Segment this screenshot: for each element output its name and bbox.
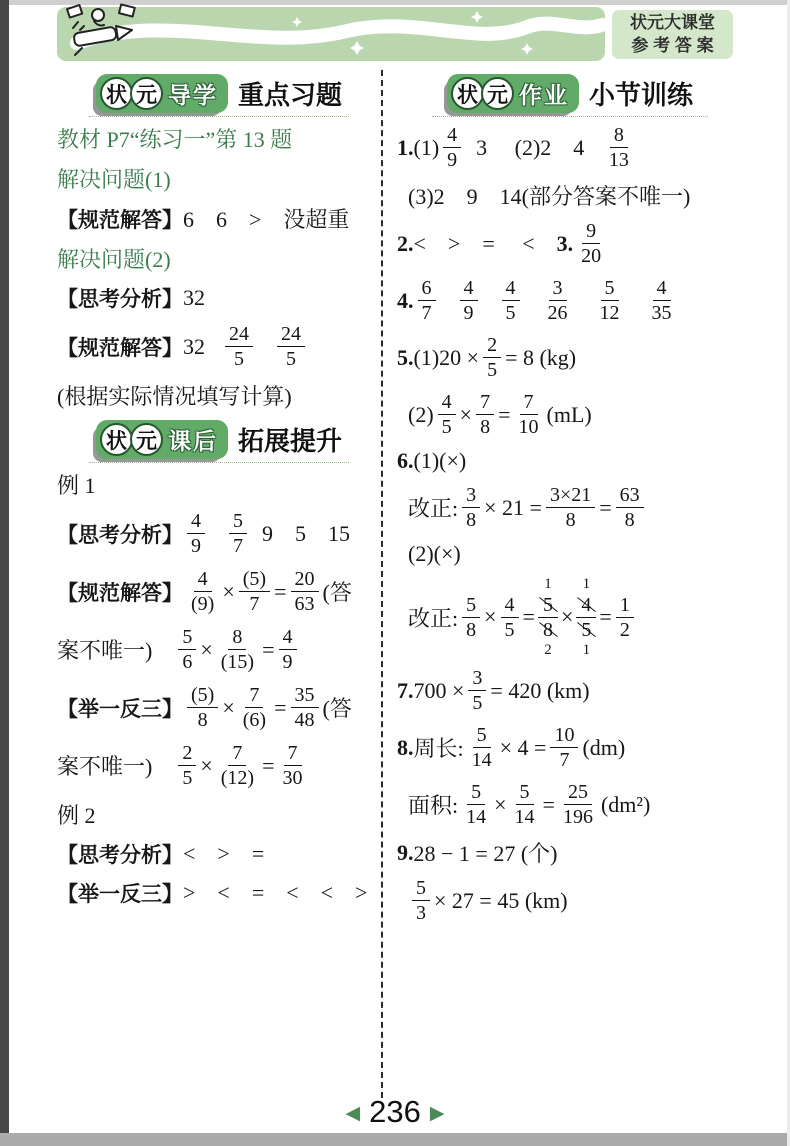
content-line: 9.28 − 1 = 27 (个) bbox=[397, 837, 743, 868]
content-line: 4.674945326512435 bbox=[397, 276, 743, 325]
text: 2. bbox=[397, 231, 414, 257]
text: × bbox=[222, 695, 234, 721]
text: 32 bbox=[183, 285, 205, 311]
footer: ◀236▶ bbox=[0, 1094, 790, 1130]
fraction: 3548 bbox=[291, 683, 319, 732]
fraction: 67 bbox=[418, 276, 436, 325]
fraction: (5)7 bbox=[239, 567, 270, 616]
banner-title-line1: 状元大课堂 bbox=[630, 12, 715, 35]
text: = bbox=[274, 579, 286, 605]
fraction: 49 bbox=[460, 276, 478, 325]
text: (1)20 × bbox=[414, 345, 480, 371]
cancelled-fraction: 1451 bbox=[576, 576, 596, 658]
fraction: 514 bbox=[511, 780, 539, 829]
section-header-kehou: 状 元 课后 拓展提升 bbox=[57, 420, 381, 459]
text: = bbox=[262, 637, 274, 663]
section-header-daoxue: 状 元 导学 重点习题 bbox=[57, 74, 381, 113]
text: 面积: bbox=[397, 789, 458, 820]
fraction: 512 bbox=[596, 276, 624, 325]
content-line: (2)45×78=710(mL) bbox=[397, 390, 743, 439]
badge-circle-zhuang: 状 bbox=[100, 77, 133, 110]
text: 【规范解答】 bbox=[57, 332, 183, 362]
text: 32 bbox=[183, 334, 205, 360]
content-line: 教材 P7“练习一”第 13 题 bbox=[57, 123, 381, 154]
text: = bbox=[599, 604, 611, 630]
fraction: 730 bbox=[279, 741, 307, 790]
zhuangyuan-badge: 状 元 课后 bbox=[96, 420, 228, 459]
zhuangyuan-badge: 状 元 作业 bbox=[447, 74, 579, 113]
fraction: 920 bbox=[577, 219, 605, 268]
content-line: 【规范解答】32245245 bbox=[57, 322, 381, 371]
badge-word: 导学 bbox=[168, 77, 218, 110]
text: 7. bbox=[397, 678, 414, 704]
text: (2)(×) bbox=[397, 541, 461, 567]
text: 例 1 bbox=[57, 469, 96, 500]
text: (dm) bbox=[582, 735, 625, 761]
fraction: (5)8 bbox=[187, 683, 218, 732]
text: 例 2 bbox=[57, 799, 96, 830]
fraction: 25 bbox=[483, 333, 501, 382]
left-lines-bottom: 例 1【思考分析】4957 9 5 15【规范解答】4(9)×(5)7=2063… bbox=[57, 469, 381, 908]
zhuangyuan-badge: 状 元 导学 bbox=[96, 74, 228, 113]
content-line: 【思考分析】32 bbox=[57, 283, 381, 313]
left-column: 状 元 导学 重点习题 教材 P7“练习一”第 13 题解决问题(1)【规范解答… bbox=[9, 66, 381, 1098]
text: = bbox=[262, 753, 274, 779]
fraction: 514 bbox=[462, 780, 490, 829]
text: (3)2 9 14(部分答案不唯一) bbox=[397, 180, 690, 211]
content-line: 7.700 ×35= 420 (km) bbox=[397, 666, 743, 715]
content-line: (2)(×) bbox=[397, 540, 743, 568]
text: 改正: bbox=[397, 492, 458, 523]
section-header-zuoye: 状 元 作业 小节训练 bbox=[397, 74, 743, 113]
text: = bbox=[274, 695, 286, 721]
banner-title-line2: 参 考 答 案 bbox=[631, 35, 713, 58]
content-line: 【举一反三】(5)8×7(6)=3548(答 bbox=[57, 683, 381, 732]
content-line: 解决问题(1) bbox=[57, 163, 381, 194]
text: × bbox=[200, 753, 212, 779]
cancelled-fraction: 1582 bbox=[538, 576, 558, 658]
text: 6. bbox=[397, 448, 414, 474]
text: 【思考分析】 bbox=[57, 519, 183, 549]
fraction: 38 bbox=[462, 483, 480, 532]
text: < > = bbox=[183, 841, 264, 867]
fraction: 25196 bbox=[559, 780, 597, 829]
text: 【思考分析】 bbox=[57, 283, 183, 313]
text: = bbox=[498, 402, 510, 428]
text: > < = < < > bbox=[183, 880, 367, 906]
fraction: 35 bbox=[468, 666, 486, 715]
text: = bbox=[523, 604, 535, 630]
fraction: 58 bbox=[462, 593, 480, 642]
content-line: 53× 27 = 45 (km) bbox=[397, 876, 743, 925]
text: 4. bbox=[397, 288, 414, 314]
pencil-rocket-icon bbox=[62, 2, 146, 60]
fraction: 245 bbox=[225, 322, 253, 371]
fraction: 638 bbox=[616, 483, 644, 532]
fraction: 57 bbox=[229, 509, 247, 558]
text: 1. bbox=[397, 135, 414, 161]
badge-circle-yuan: 元 bbox=[130, 423, 163, 456]
fraction: 2063 bbox=[291, 567, 319, 616]
text: × 21 = bbox=[484, 495, 542, 521]
content-line: 案不唯一) 56×8(15)=49 bbox=[57, 625, 381, 674]
text: × 27 = 45 (km) bbox=[434, 888, 568, 914]
text: (根据实际情况填写计算) bbox=[57, 380, 292, 411]
text: (1) bbox=[414, 135, 440, 161]
text: = bbox=[543, 792, 555, 818]
text: 3 (2)2 4 bbox=[465, 135, 601, 161]
text: < > = < bbox=[414, 231, 557, 257]
left-lines-top: 教材 P7“练习一”第 13 题解决问题(1)【规范解答】6 6 > 没超重解决… bbox=[57, 123, 381, 411]
fraction: 12 bbox=[616, 593, 634, 642]
badge-word: 课后 bbox=[168, 423, 218, 456]
text: 【规范解答】 bbox=[57, 577, 183, 607]
text: = bbox=[599, 495, 611, 521]
fraction: 245 bbox=[277, 322, 305, 371]
text: 【思考分析】 bbox=[57, 839, 183, 869]
answer-page: 状元大课堂 参 考 答 案 状 元 导学 重点习题 教材 P7“练习一”第 13… bbox=[0, 0, 790, 1146]
content-line: 改正:38× 21 =3×218=638 bbox=[397, 483, 743, 532]
next-page-icon: ▶ bbox=[430, 1103, 445, 1124]
text: = 420 (km) bbox=[490, 678, 589, 704]
content-line: 案不唯一) 25×7(12)=730 bbox=[57, 741, 381, 790]
content-line: 解决问题(2) bbox=[57, 243, 381, 274]
fraction: 107 bbox=[550, 723, 578, 772]
fraction: 514 bbox=[468, 723, 496, 772]
fraction: 7(12) bbox=[217, 741, 258, 790]
right-lines: 1.(1)49 3 (2)2 4 813 (3)2 9 14(部分答案不唯一)2… bbox=[397, 123, 743, 925]
fraction: 4(9) bbox=[187, 567, 218, 616]
text: 9 5 15 bbox=[251, 521, 350, 547]
content-line: 面积:514×514=25196(dm²) bbox=[397, 780, 743, 829]
text: 案不唯一) bbox=[57, 750, 174, 781]
fraction: 3×218 bbox=[546, 483, 595, 532]
text: 8. bbox=[397, 735, 414, 761]
text: × 4 = bbox=[500, 735, 547, 761]
fraction: 45 bbox=[501, 593, 519, 642]
text: × bbox=[494, 792, 506, 818]
text: 教材 P7“练习一”第 13 题 bbox=[57, 123, 292, 154]
banner-title-box: 状元大课堂 参 考 答 案 bbox=[612, 10, 733, 59]
fraction: 78 bbox=[476, 390, 494, 439]
text: × bbox=[561, 604, 573, 630]
content-line: 1.(1)49 3 (2)2 4 813 bbox=[397, 123, 743, 172]
text: 周长: bbox=[414, 732, 464, 763]
content-line: (根据实际情况填写计算) bbox=[57, 380, 381, 411]
fraction: 56 bbox=[178, 625, 196, 674]
badge-circle-yuan: 元 bbox=[481, 77, 514, 110]
content-line: 2.< > = < 3.920 bbox=[397, 219, 743, 268]
content-line: 【规范解答】6 6 > 没超重 bbox=[57, 203, 381, 234]
fraction: 49 bbox=[279, 625, 297, 674]
fraction: 53 bbox=[412, 876, 430, 925]
text: 9. bbox=[397, 840, 414, 866]
fraction: 49 bbox=[443, 123, 461, 172]
text: × bbox=[460, 402, 472, 428]
text: (dm²) bbox=[601, 792, 650, 818]
prev-page-icon: ◀ bbox=[346, 1103, 361, 1124]
fraction: 49 bbox=[187, 509, 205, 558]
text: 3. bbox=[557, 231, 574, 257]
text: 6 6 > 没超重 bbox=[183, 203, 349, 234]
content-line: 【思考分析】4957 9 5 15 bbox=[57, 509, 381, 558]
content-line: 【思考分析】< > = bbox=[57, 839, 381, 869]
text: 改正: bbox=[397, 602, 458, 633]
content-line: 6.(1)(×) bbox=[397, 447, 743, 475]
content-line: 5.(1)20 ×25= 8 (kg) bbox=[397, 333, 743, 382]
content-line: 【规范解答】4(9)×(5)7=2063(答 bbox=[57, 567, 381, 616]
text: 【规范解答】 bbox=[57, 204, 183, 234]
text: × bbox=[484, 604, 496, 630]
text: 案不唯一) bbox=[57, 634, 174, 665]
badge-word: 作业 bbox=[519, 77, 569, 110]
page-number: 236 bbox=[369, 1094, 421, 1129]
section-title: 拓展提升 bbox=[238, 421, 342, 458]
fraction: 710 bbox=[515, 390, 543, 439]
text: 5. bbox=[397, 345, 414, 371]
content-line: (3)2 9 14(部分答案不唯一) bbox=[397, 180, 743, 211]
content-line: 改正:58×45=1582×1451=12 bbox=[397, 576, 743, 658]
badge-circle-zhuang: 状 bbox=[100, 423, 133, 456]
text: 解决问题(1) bbox=[57, 163, 171, 194]
fraction: 45 bbox=[438, 390, 456, 439]
text: 解决问题(2) bbox=[57, 243, 171, 274]
text: (mL) bbox=[547, 402, 592, 428]
text: 【举一反三】 bbox=[57, 878, 183, 908]
text: × bbox=[222, 579, 234, 605]
fraction: 435 bbox=[648, 276, 676, 325]
text: 28 − 1 = 27 (个) bbox=[414, 837, 558, 868]
right-column: 状 元 作业 小节训练 1.(1)49 3 (2)2 4 813 (3)2 9 … bbox=[383, 66, 787, 1098]
fraction: 45 bbox=[502, 276, 520, 325]
content-line: 例 1 bbox=[57, 469, 381, 500]
text: = 8 (kg) bbox=[505, 345, 576, 371]
content-line: 【举一反三】> < = < < > bbox=[57, 878, 381, 908]
text: 700 × bbox=[414, 678, 465, 704]
text: × bbox=[200, 637, 212, 663]
text: (1)(×) bbox=[414, 448, 467, 474]
text: (答 bbox=[323, 692, 352, 723]
content-line: 8.周长:514× 4 =107(dm) bbox=[397, 723, 743, 772]
page-edge-bottom bbox=[0, 1133, 790, 1146]
content-area: 状 元 导学 重点习题 教材 P7“练习一”第 13 题解决问题(1)【规范解答… bbox=[9, 66, 787, 1098]
text: (2) bbox=[397, 402, 434, 428]
text: 【举一反三】 bbox=[57, 693, 183, 723]
page-edge-left bbox=[0, 0, 9, 1146]
badge-circle-yuan: 元 bbox=[130, 77, 163, 110]
fraction: 25 bbox=[178, 741, 196, 790]
content-line: 例 2 bbox=[57, 799, 381, 830]
section-title: 重点习题 bbox=[238, 75, 342, 112]
fraction: 813 bbox=[605, 123, 633, 172]
text bbox=[397, 888, 408, 914]
fraction: 8(15) bbox=[217, 625, 258, 674]
text: (答 bbox=[323, 576, 352, 607]
fraction: 326 bbox=[544, 276, 572, 325]
fraction: 7(6) bbox=[239, 683, 270, 732]
section-title: 小节训练 bbox=[589, 75, 693, 112]
badge-circle-zhuang: 状 bbox=[451, 77, 484, 110]
